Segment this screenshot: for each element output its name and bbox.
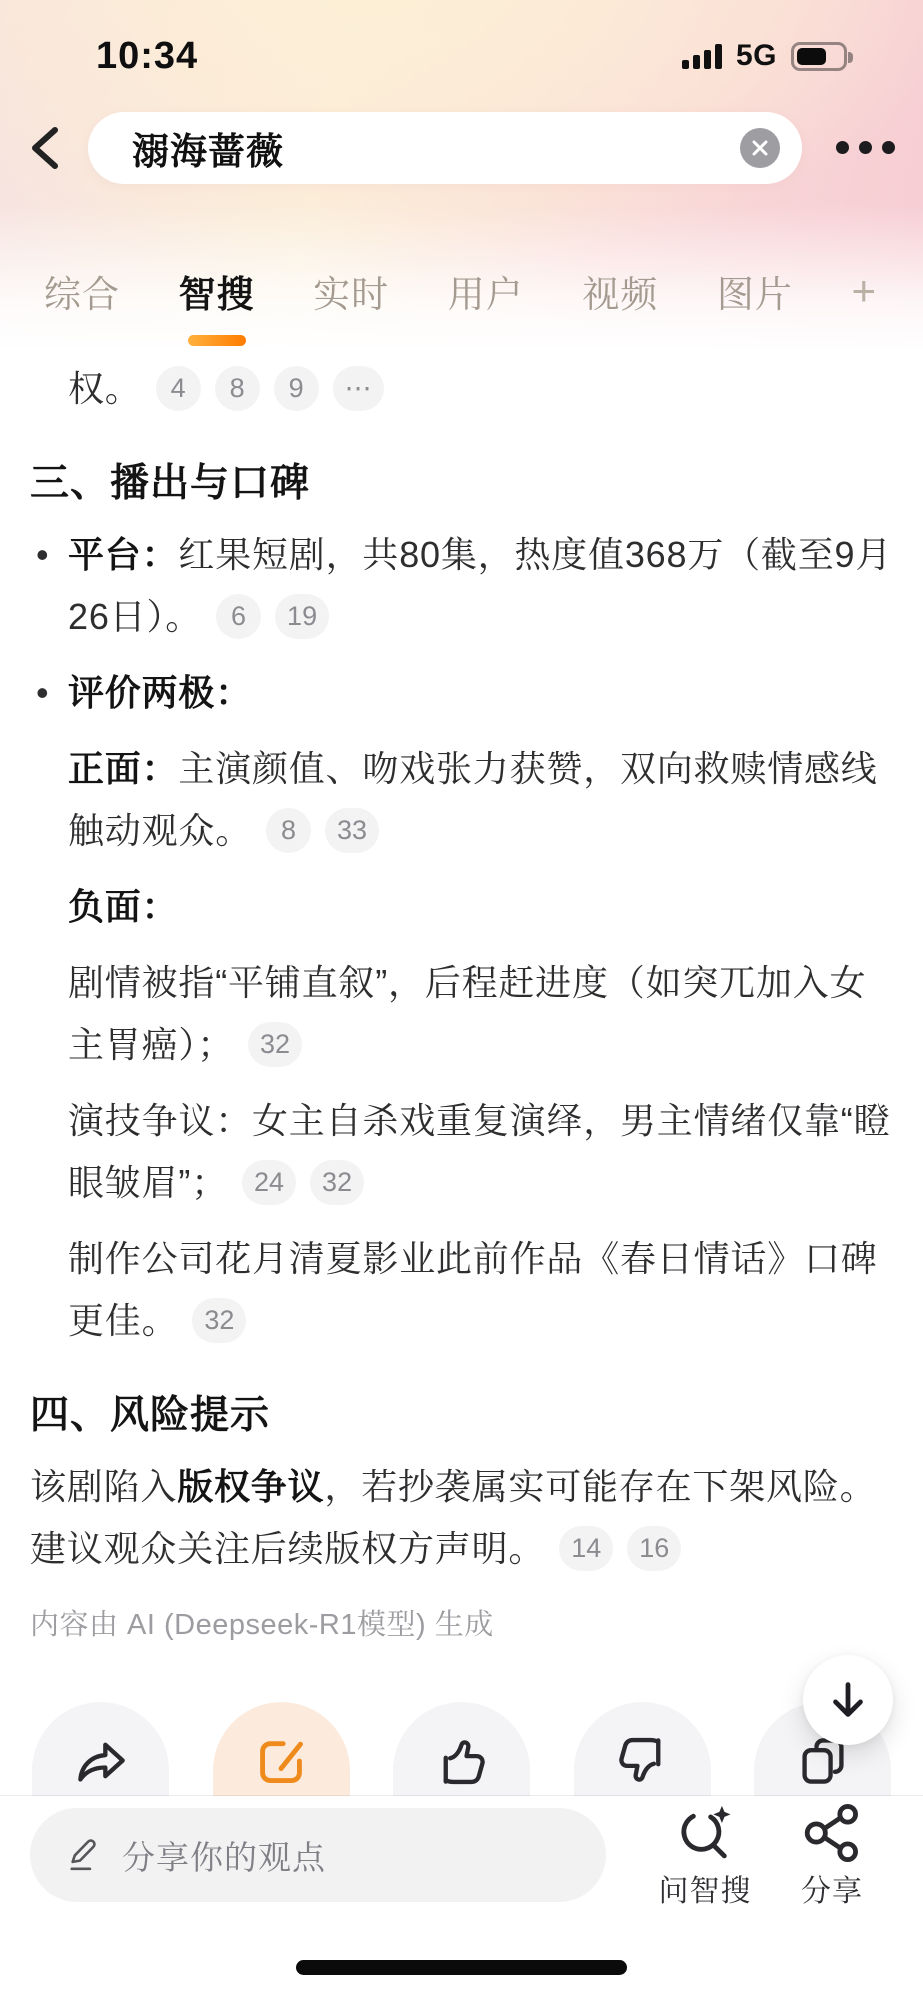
citation-badge[interactable]: 32 (192, 1298, 246, 1343)
pencil-icon (64, 1836, 102, 1874)
citation-badge[interactable]: 6 (216, 594, 261, 639)
emphasis-text: 评价两极： (68, 672, 252, 713)
search-input[interactable]: 溺海蔷薇 (88, 112, 802, 184)
content-line: 制作公司花月清夏影业此前作品《春日情话》口碑更佳。32 (68, 1228, 893, 1352)
share-button[interactable]: 分享 (772, 1804, 892, 1910)
bottom-comment-bar: 分享你的观点 问智搜 分享 (0, 1796, 923, 2000)
citation-badge[interactable]: 32 (310, 1160, 364, 1205)
citation-badge[interactable]: ⋯ (333, 366, 384, 411)
smart-search-answer: 权。489⋯三、播出与口碑平台：红果短剧，共80集，热度值368万（截至9月26… (0, 352, 923, 1643)
scroll-down-button[interactable] (803, 1655, 893, 1745)
ask-smart-search-label: 问智搜 (645, 1866, 765, 1910)
compose-icon (255, 1735, 307, 1787)
citation-badge[interactable]: 4 (156, 366, 201, 411)
citation-badge[interactable]: 8 (266, 808, 311, 853)
citation-badge[interactable]: 9 (274, 366, 319, 411)
content-line: 权。489⋯ (68, 358, 893, 420)
citation-badge[interactable]: 14 (559, 1526, 613, 1571)
emphasis-text: 负面： (68, 886, 178, 927)
content-line: 正面：主演颜值、吻戏张力获赞，双向救赎情感线触动观众。833 (68, 738, 893, 862)
body-text: 制作公司花月清夏影业此前作品《春日情话》口碑更佳。 (68, 1238, 878, 1341)
weibo-search-results-screen: 10:34 5G 溺海蔷薇 (0, 0, 923, 2000)
citation-badge[interactable]: 16 (627, 1526, 681, 1571)
tab-images[interactable]: 图片 (717, 264, 793, 322)
home-indicator[interactable] (296, 1960, 627, 1975)
comment-placeholder: 分享你的观点 (122, 1832, 326, 1879)
cellular-signal-icon (682, 43, 722, 69)
content-line: 剧情被指“平铺直叙”，后程赶进度（如突兀加入女主胃癌）；32 (68, 952, 893, 1076)
body-text: 权。 (68, 368, 142, 409)
ask-smart-search-button[interactable]: 问智搜 (645, 1804, 765, 1910)
citation-badge[interactable]: 32 (248, 1022, 302, 1067)
search-query-text: 溺海蔷薇 (132, 121, 284, 175)
thumbs-down-icon (616, 1735, 668, 1787)
emphasis-text: 正面： (68, 748, 178, 789)
close-icon (751, 139, 769, 157)
gradient-header: 10:34 5G 溺海蔷薇 (0, 0, 923, 352)
chevron-left-icon (27, 125, 61, 171)
content-line: 负面： (68, 876, 893, 938)
content-line: 该剧陷入版权争议，若抄袭属实可能存在下架风险。建议观众关注后续版权方声明。141… (30, 1456, 893, 1580)
body-text: 主演颜值、吻戏张力获赞，双向救赎情感线触动观众。 (68, 748, 878, 851)
status-bar: 10:34 5G (0, 30, 923, 82)
content-line: 评价两极： (30, 662, 893, 724)
more-menu-button[interactable] (836, 141, 895, 154)
section-heading: 三、播出与口碑 (30, 460, 893, 508)
clear-search-button[interactable] (740, 128, 780, 168)
search-header: 溺海蔷薇 (0, 114, 923, 182)
tab-smart-search[interactable]: 智搜 (179, 264, 255, 322)
citation-badge[interactable]: 33 (325, 808, 379, 853)
body-text: 剧情被指“平铺直叙”，后程赶进度（如突兀加入女主胃癌）； (68, 962, 866, 1065)
arrow-down-icon (825, 1677, 871, 1723)
emphasis-text: 版权争议 (177, 1466, 324, 1507)
thumbs-up-icon (436, 1735, 488, 1787)
ai-generated-notice: 内容由 AI (Deepseek-R1模型) 生成 (30, 1602, 893, 1643)
body-text: 演技争议：女主自杀戏重复演绎，男主情绪仅靠“瞪眼皱眉”； (68, 1100, 890, 1203)
body-text: 红果短剧，共80集，热度值368万（截至9月26日）。 (68, 534, 892, 637)
share-label: 分享 (772, 1866, 892, 1910)
tab-users[interactable]: 用户 (448, 264, 524, 322)
citation-badge[interactable]: 8 (215, 366, 260, 411)
share-nodes-icon (803, 1804, 861, 1862)
content-line: 平台：红果短剧，共80集，热度值368万（截至9月26日）。619 (30, 524, 893, 648)
status-time: 10:34 (96, 35, 198, 78)
citation-badge[interactable]: 24 (242, 1160, 296, 1205)
section-heading: 四、风险提示 (30, 1392, 893, 1440)
emphasis-text: 平台： (68, 534, 178, 575)
status-icons: 5G (682, 39, 847, 73)
tab-realtime[interactable]: 实时 (313, 264, 389, 322)
search-tabs: 综合智搜实时用户视频图片+ (44, 264, 877, 322)
back-button[interactable] (14, 114, 74, 182)
tab-comprehensive[interactable]: 综合 (44, 264, 120, 322)
battery-icon (791, 42, 847, 71)
network-type-label: 5G (736, 39, 777, 73)
tab-videos[interactable]: 视频 (582, 264, 658, 322)
comment-input[interactable]: 分享你的观点 (30, 1808, 606, 1902)
tab-more[interactable]: + (851, 267, 877, 319)
body-text: 该剧陷入 (30, 1466, 177, 1507)
citation-badge[interactable]: 19 (275, 594, 329, 639)
share-arrow-icon (75, 1735, 127, 1787)
content-line: 演技争议：女主自杀戏重复演绎，男主情绪仅靠“瞪眼皱眉”；2432 (68, 1090, 893, 1214)
smart-search-icon (676, 1804, 734, 1862)
